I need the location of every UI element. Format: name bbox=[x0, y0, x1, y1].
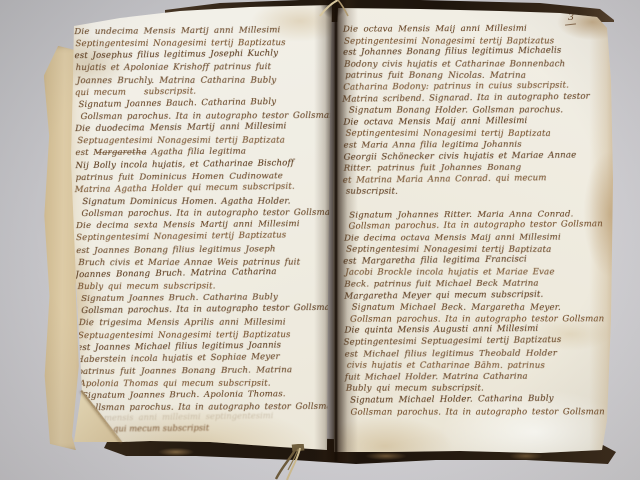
manuscript-line: Gollsman parochus. Ita in autographo tes… bbox=[77, 302, 331, 317]
manuscript-line: Apolonia Thomas qui mecum subscripsit. bbox=[79, 378, 333, 391]
manuscript-line: hujatis et Apoloniae Krishoff patrinus f… bbox=[76, 61, 330, 74]
manuscript-line: Die octava Mensis Maij anni Millesimi bbox=[343, 23, 599, 36]
manuscript-line: est Joannes Bonang filius legitimus Jose… bbox=[76, 242, 330, 256]
manuscript-line: est Johannes Bonang filius legitimus Mic… bbox=[343, 45, 599, 59]
manuscript-line: Die octava Mensis Maij anni Millesimi bbox=[343, 115, 599, 129]
binding-thread-bottom bbox=[266, 444, 332, 480]
binding-gutter bbox=[314, 0, 358, 462]
manuscript-line: Septingentesimi Septuagesimi tertij Bapt… bbox=[344, 335, 600, 350]
manuscript-line: Jacobi Brockle incola hujatis et Mariae … bbox=[345, 268, 601, 280]
manuscript-line: Die decima octava Mensis Maij anni Mille… bbox=[344, 232, 600, 245]
manuscript-line: Gollsman parochus. Ita in autographo tes… bbox=[77, 207, 331, 220]
manuscript-line: et Matrina Maria Anna Conrad. qui mecum bbox=[343, 172, 599, 187]
left-page: Die undecima Mensis Martij anni Millesim… bbox=[60, 3, 338, 455]
manuscript-line: Signatum Michael Holder. Catharina Bubly bbox=[345, 393, 601, 407]
manuscript-line: Signatum Michael Beck. Margaretha Meyer. bbox=[346, 303, 602, 315]
manuscript-line: patrinus fuit Joannes Bonang Bruch. Matr… bbox=[77, 364, 331, 378]
binding-thread-top bbox=[312, 0, 356, 18]
manuscript-line: Georgii Schönecker civis hujatis et Mari… bbox=[344, 150, 600, 164]
right-page-text: Die octava Mensis Maij anni MillesimiSep… bbox=[343, 23, 601, 419]
show-through-text: mensis anni millesimi septingentesimi qu… bbox=[104, 409, 324, 434]
manuscript-line: Septuagentesimi Nonagesimi tertij Baptiz… bbox=[77, 135, 331, 148]
manuscript-line: fuit Michael Holder. Matrina Catharina bbox=[345, 371, 601, 384]
left-page-text: Die undecima Mensis Martij anni Millesim… bbox=[74, 24, 331, 415]
manuscript-line: subscripsit. bbox=[346, 187, 602, 199]
manuscript-line: Die duodecima Mensis Martij anni Millesi… bbox=[75, 120, 329, 135]
manuscript-line: qui mecum subscripsit bbox=[105, 421, 325, 434]
manuscript-line: Gollsman parochus. Ita in autographo tes… bbox=[346, 407, 602, 419]
manuscript-line: Die trigesima Mensis Aprilis anni Milles… bbox=[79, 317, 333, 330]
manuscript-line: est Margaretha filia legitima Francisci bbox=[343, 253, 599, 268]
manuscript-line: Bubly qui mecum subscripsit. bbox=[78, 280, 332, 293]
manuscript-line: est Michael filius legitimus Theobald Ho… bbox=[345, 348, 601, 361]
right-page: 3 Die octava Mensis Maij anni MillesimiS… bbox=[330, 4, 618, 458]
manuscript-line: Margaretha Meyer qui mecum subscripsit. bbox=[344, 289, 600, 303]
manuscript-line: Matrina scribend. Signarad. Ita in autog… bbox=[342, 91, 598, 106]
manuscript-line bbox=[345, 198, 601, 210]
photo-background: Die undecima Mensis Martij anni Millesim… bbox=[0, 0, 640, 480]
manuscript-line: Bodony civis hujatis et Catharinae Bonne… bbox=[344, 59, 600, 71]
manuscript-line: Septingentesimi Nonagesimi tertij Baptiz… bbox=[346, 129, 602, 141]
manuscript-line: civis hujatis et Catharinae Bähm. patrin… bbox=[347, 361, 603, 373]
